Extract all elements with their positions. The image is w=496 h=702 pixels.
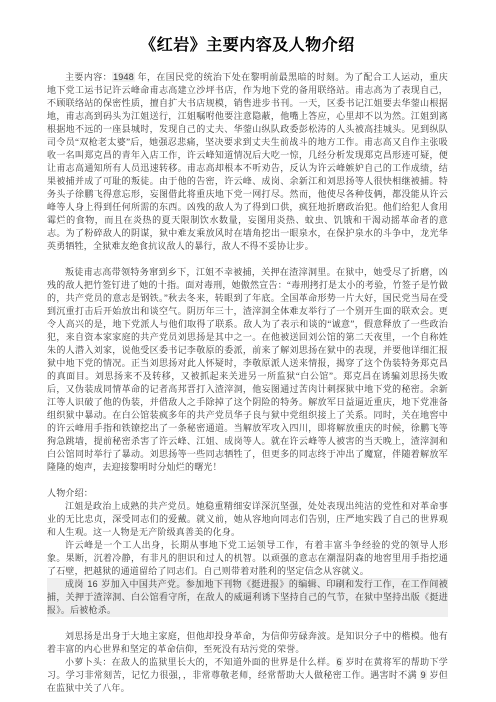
shaded-numeral: 9	[420, 670, 427, 680]
character-xiaoluobotou-paragraph: 小萝卜头：在敌人的监狱里长大的，不知道外面的世界是什么样。6 岁时在黄将军的帮助…	[47, 656, 448, 695]
document-title: 《红岩》主要内容及人物介绍	[47, 36, 448, 56]
character-chenggang-paragraph: 成岗 16 岁加入中国共产党。参加地下刊物《挺进报》的编辑、印刷和发行工作，在工…	[47, 578, 448, 617]
paragraph-spacer	[47, 474, 448, 487]
character-xuyunfeng-paragraph: 许云峰是一个工人出身，长期从事地下党工运领导工作，有着丰富斗争经验的党的领导人形…	[47, 539, 448, 578]
shaded-numeral: 6	[336, 657, 343, 667]
main-summary-paragraph-2: 叛徒甫志高带领特务窜到乡下，江姐不幸被捕，关押在渣滓洞里。在狱中，她受尽了折磨，…	[47, 266, 448, 474]
document-page: 《红岩》主要内容及人物介绍 主要内容：1948 年，在国民党的统治下处在黎明前最…	[0, 0, 496, 702]
characters-section-heading: 人物介绍：	[47, 487, 448, 500]
character-liusiyang-paragraph: 刘思扬是出身于大地主家庭，但他却投身革命，为信仰劳碌奔波。是知识分子中的楷模。他…	[47, 630, 448, 656]
shaded-numeral: 16	[86, 579, 98, 589]
paragraph-spacer	[47, 253, 448, 266]
character-jiangjie-paragraph: 江姐是政治上成熟的共产党员。她稳重精细安详深沉坚强，处处表现出纯洁的党性和对革命…	[47, 500, 448, 539]
main-summary-paragraph-1: 主要内容：1948 年，在国民党的统治下处在黎明前最黑暗的时刻。为了配合工人运动…	[47, 71, 448, 253]
shaded-numeral: 1948	[112, 72, 135, 82]
paragraph-spacer	[47, 617, 448, 630]
